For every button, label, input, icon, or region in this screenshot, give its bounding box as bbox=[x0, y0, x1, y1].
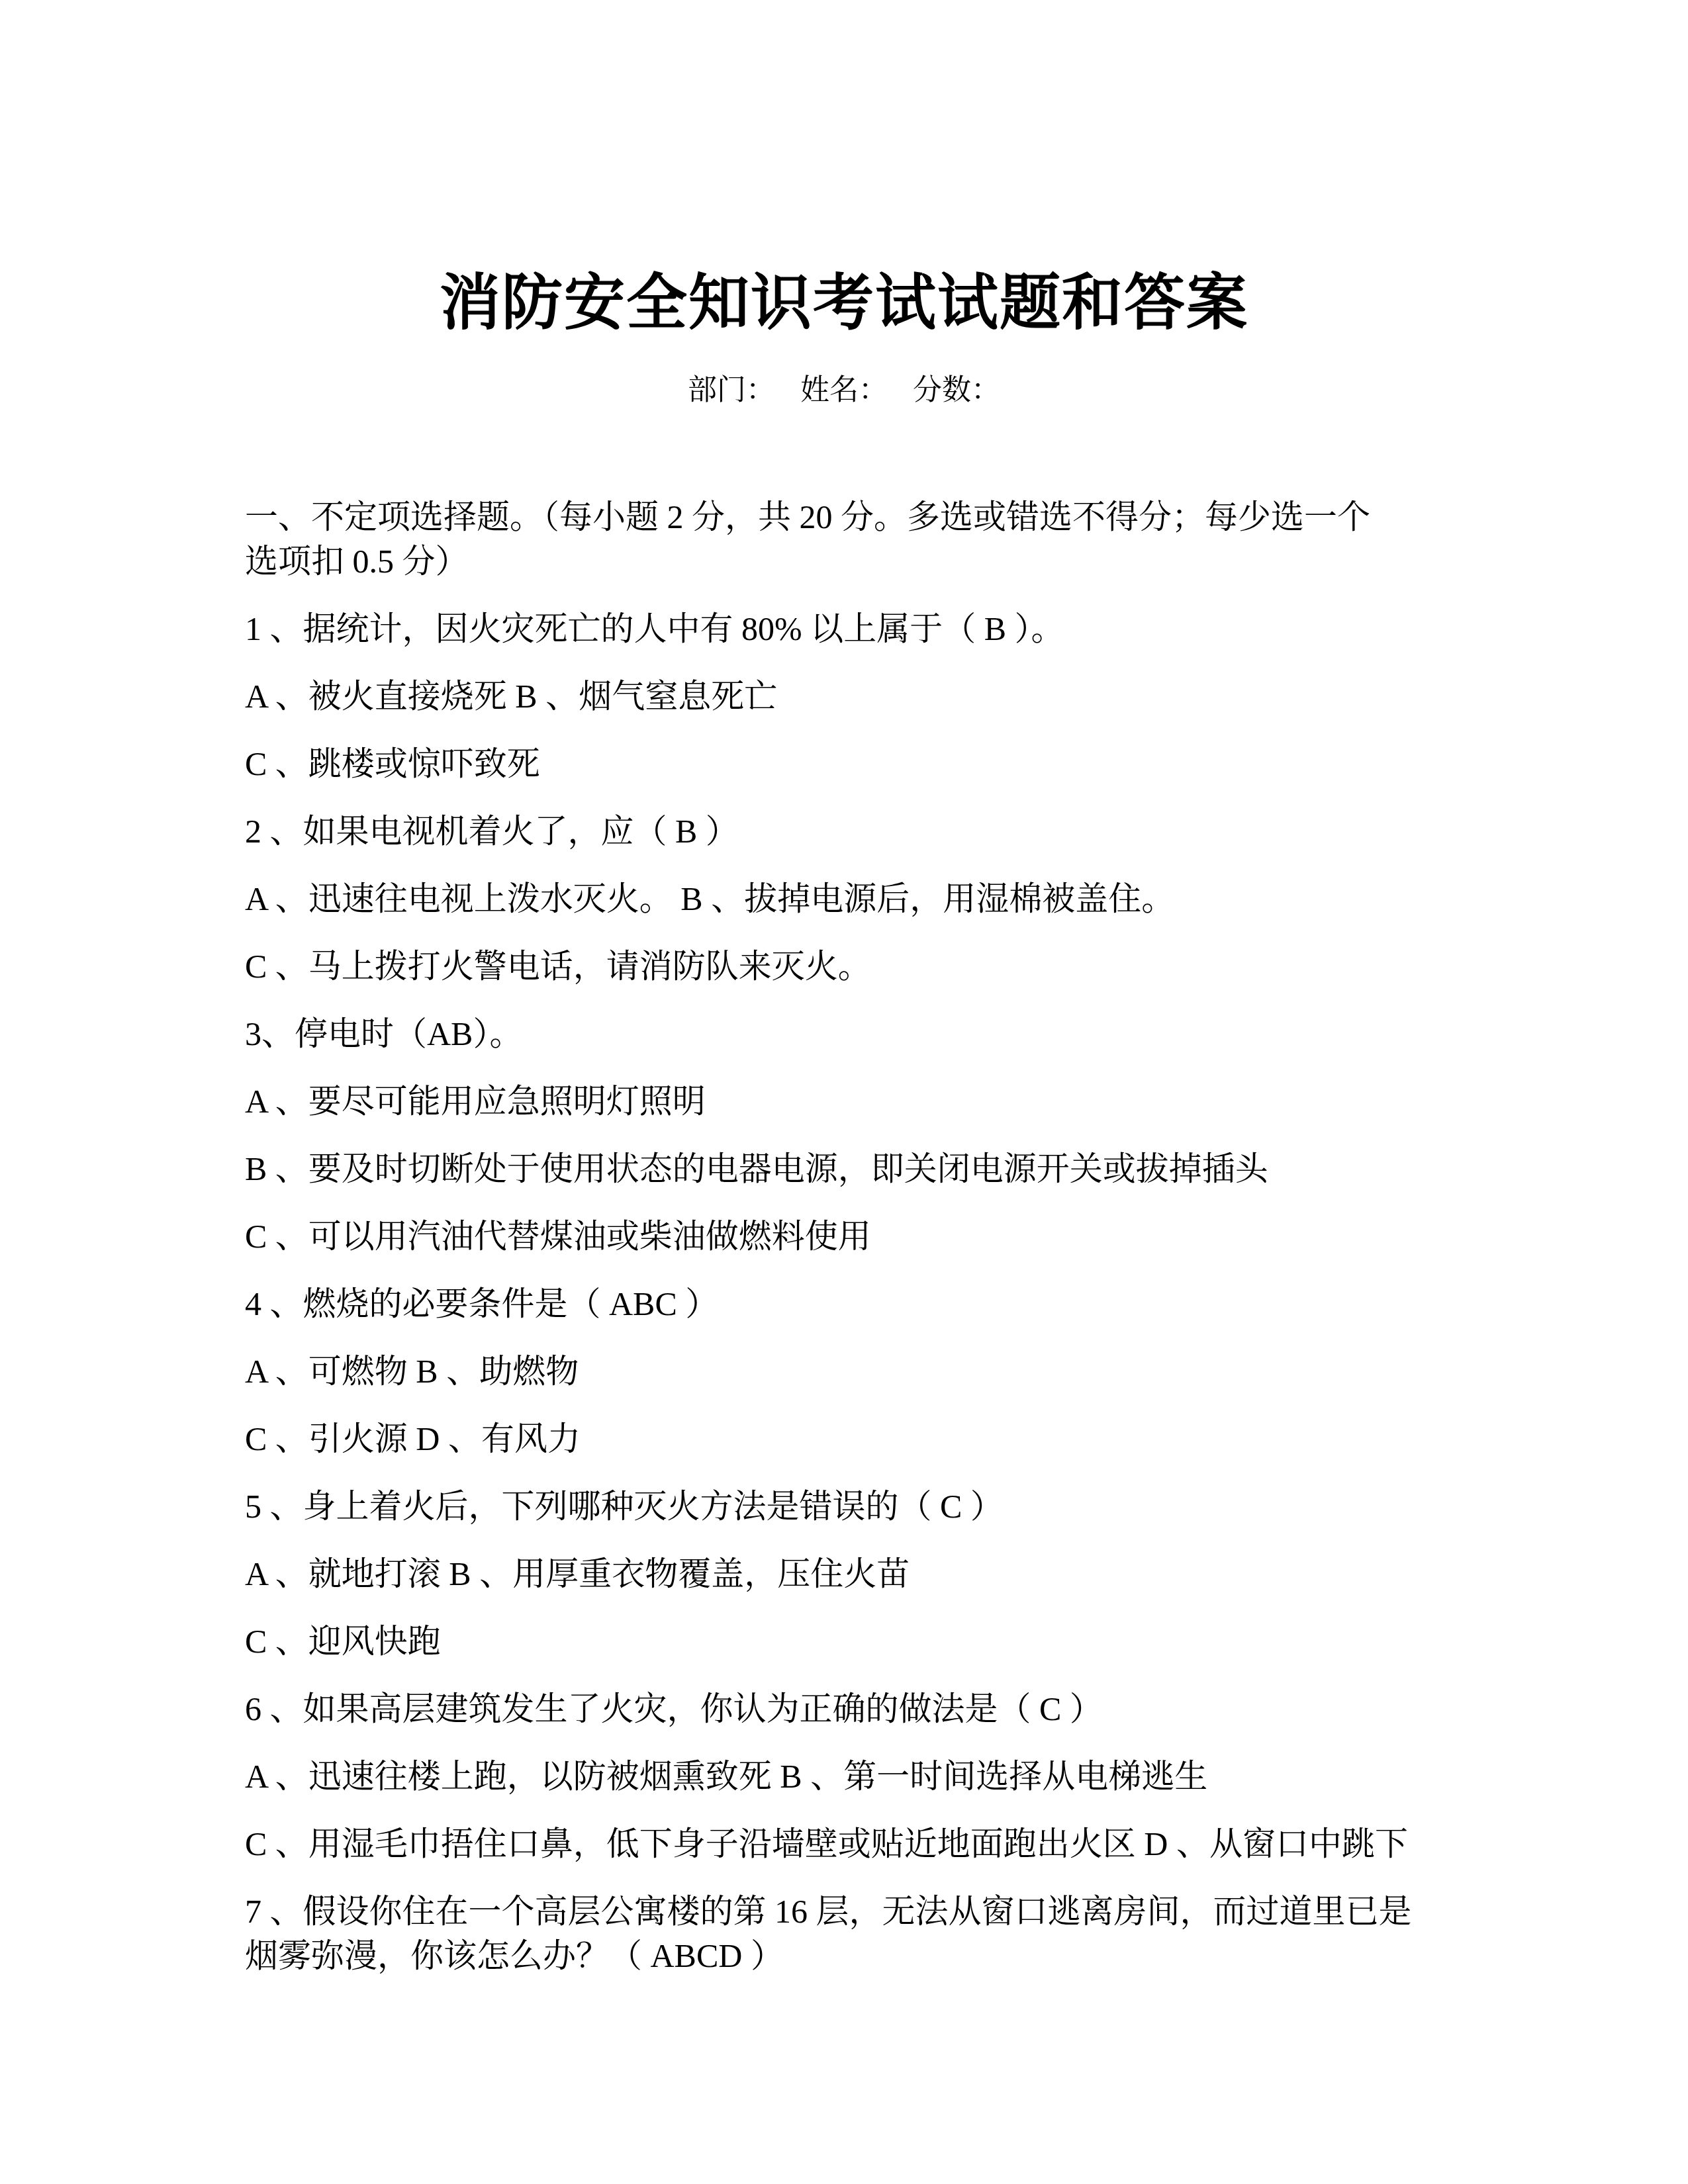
exam-body: 一、不定项选择题。（每小题 2 分，共 20 分。多选或错选不得分；每少选一个 … bbox=[245, 495, 1443, 1978]
question-2-options-ab: A 、迅速往电视上泼水灭火。 B 、拔掉电源后，用湿棉被盖住。 bbox=[245, 877, 1443, 921]
question-5-options-ab: A 、就地打滚 B 、用厚重衣物覆盖，压住火苗 bbox=[245, 1552, 1443, 1596]
department-label: 部门： bbox=[688, 375, 775, 406]
question-6-options-cd: C 、用湿毛巾捂住口鼻，低下身子沿墙壁或贴近地面跑出火区 D 、从窗口中跳下 bbox=[245, 1822, 1443, 1866]
question-3-option-c: C 、可以用汽油代替煤油或柴油做燃料使用 bbox=[245, 1214, 1443, 1259]
header-fields-row: 部门： 姓名： 分数： bbox=[0, 375, 1688, 406]
question-1: 1 、据统计，因火灾死亡的人中有 80% 以上属于（ B ）。 bbox=[245, 607, 1443, 651]
question-2-option-c: C 、马上拨打火警电话，请消防队来灭火。 bbox=[245, 944, 1443, 989]
question-3: 3、停电时（AB）。 bbox=[245, 1012, 1443, 1056]
name-label: 姓名： bbox=[800, 375, 888, 406]
question-1-options-ab: A 、被火直接烧死 B 、烟气窒息死亡 bbox=[245, 674, 1443, 719]
score-label: 分数： bbox=[913, 375, 1000, 406]
question-6: 6 、如果高层建筑发生了火灾，你认为正确的做法是（ C ） bbox=[245, 1687, 1443, 1731]
question-5: 5 、身上着火后，下列哪种灭火方法是错误的（ C ） bbox=[245, 1484, 1443, 1529]
page-title: 消防安全知识考试试题和答案 bbox=[0, 0, 1688, 336]
question-1-option-c: C 、跳楼或惊吓致死 bbox=[245, 742, 1443, 786]
question-6-options-ab: A 、迅速往楼上跑，以防被烟熏致死 B 、第一时间选择从电梯逃生 bbox=[245, 1754, 1443, 1799]
document-page: 消防安全知识考试试题和答案 部门： 姓名： 分数： 一、不定项选择题。（每小题 … bbox=[0, 0, 1688, 2184]
question-7: 7 、假设你住在一个高层公寓楼的第 16 层，无法从窗口逃离房间，而过道里已是 … bbox=[245, 1889, 1443, 1978]
question-4-options-cd: C 、引火源 D 、有风力 bbox=[245, 1417, 1443, 1461]
question-2: 2 、如果电视机着火了，应（ B ） bbox=[245, 809, 1443, 854]
question-3-option-a: A 、要尽可能用应急照明灯照明 bbox=[245, 1079, 1443, 1124]
question-3-option-b: B 、要及时切断处于使用状态的电器电源，即关闭电源开关或拔掉插头 bbox=[245, 1147, 1443, 1191]
question-4-options-ab: A 、可燃物 B 、助燃物 bbox=[245, 1349, 1443, 1394]
question-4: 4 、燃烧的必要条件是（ ABC ） bbox=[245, 1282, 1443, 1326]
question-5-option-c: C 、迎风快跑 bbox=[245, 1619, 1443, 1664]
section-1-heading: 一、不定项选择题。（每小题 2 分，共 20 分。多选或错选不得分；每少选一个 … bbox=[245, 495, 1443, 584]
